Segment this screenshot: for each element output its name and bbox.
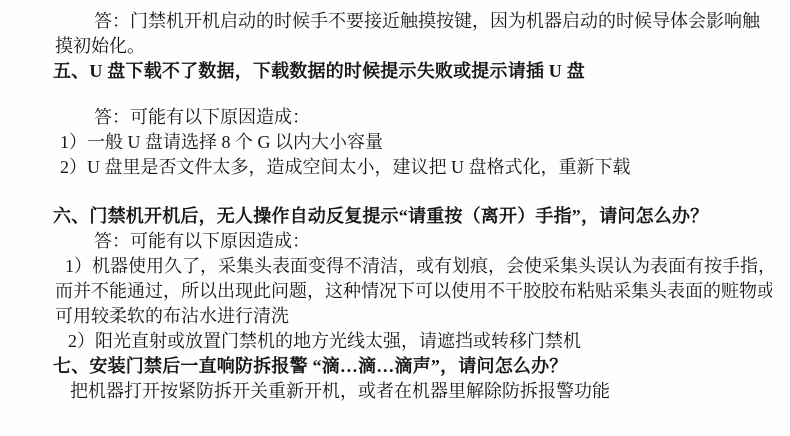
faq-document: 答：门禁机开机启动的时候手不要接近触摸按键，因为机器启动的时候导体会影响触 摸初…	[0, 0, 790, 436]
question-7-heading: 七、安装门禁后一直响防拆报警 “滴…滴…滴声”，请问怎么办？	[53, 354, 772, 379]
question-5-heading: 五、U 盘下载不了数据，下载数据的时候提示失败或提示请插 U 盘	[53, 59, 772, 84]
answer-continuation-line-1: 答：门禁机开机启动的时候手不要接近触摸按键，因为机器启动的时候导体会影响触	[55, 9, 772, 34]
page: { "page": { "background_color": "#fefefe…	[0, 0, 790, 436]
q6-reason-1-line-2: 而并不能通过，所以出现此问题，这种情况下可以使用不干胶胶布粘贴采集头表面的赃物或	[55, 279, 772, 304]
q7-answer: 把机器打开按紧防拆开关重新开机，或者在机器里解除防拆报警功能	[55, 379, 772, 404]
q5-answer-intro: 答：可能有以下原因造成：	[55, 105, 772, 130]
q6-reason-2: 2）阳光直射或放置门禁机的地方光线太强，请遮挡或转移门禁机	[55, 329, 772, 354]
q5-reason-2: 2）U 盘里是否文件太多，造成空间太小，建议把 U 盘格式化，重新下载	[55, 155, 772, 180]
answer-continuation-line-2: 摸初始化。	[55, 34, 772, 59]
question-6-heading: 六、门禁机开机后，无人操作自动反复提示“请重按（离开）手指”，请问怎么办？	[53, 204, 772, 229]
q5-reason-1: 1）一般 U 盘请选择 8 个 G 以内大小容量	[55, 130, 772, 155]
q6-reason-1-line-1: 1）机器使用久了，采集头表面变得不清洁，或有划痕，会使采集头误认为表面有按手指，	[55, 254, 772, 279]
q6-answer-intro: 答：可能有以下原因造成：	[55, 229, 772, 254]
q6-reason-1-line-3: 可用较柔软的布沾水进行清洗	[55, 304, 772, 329]
